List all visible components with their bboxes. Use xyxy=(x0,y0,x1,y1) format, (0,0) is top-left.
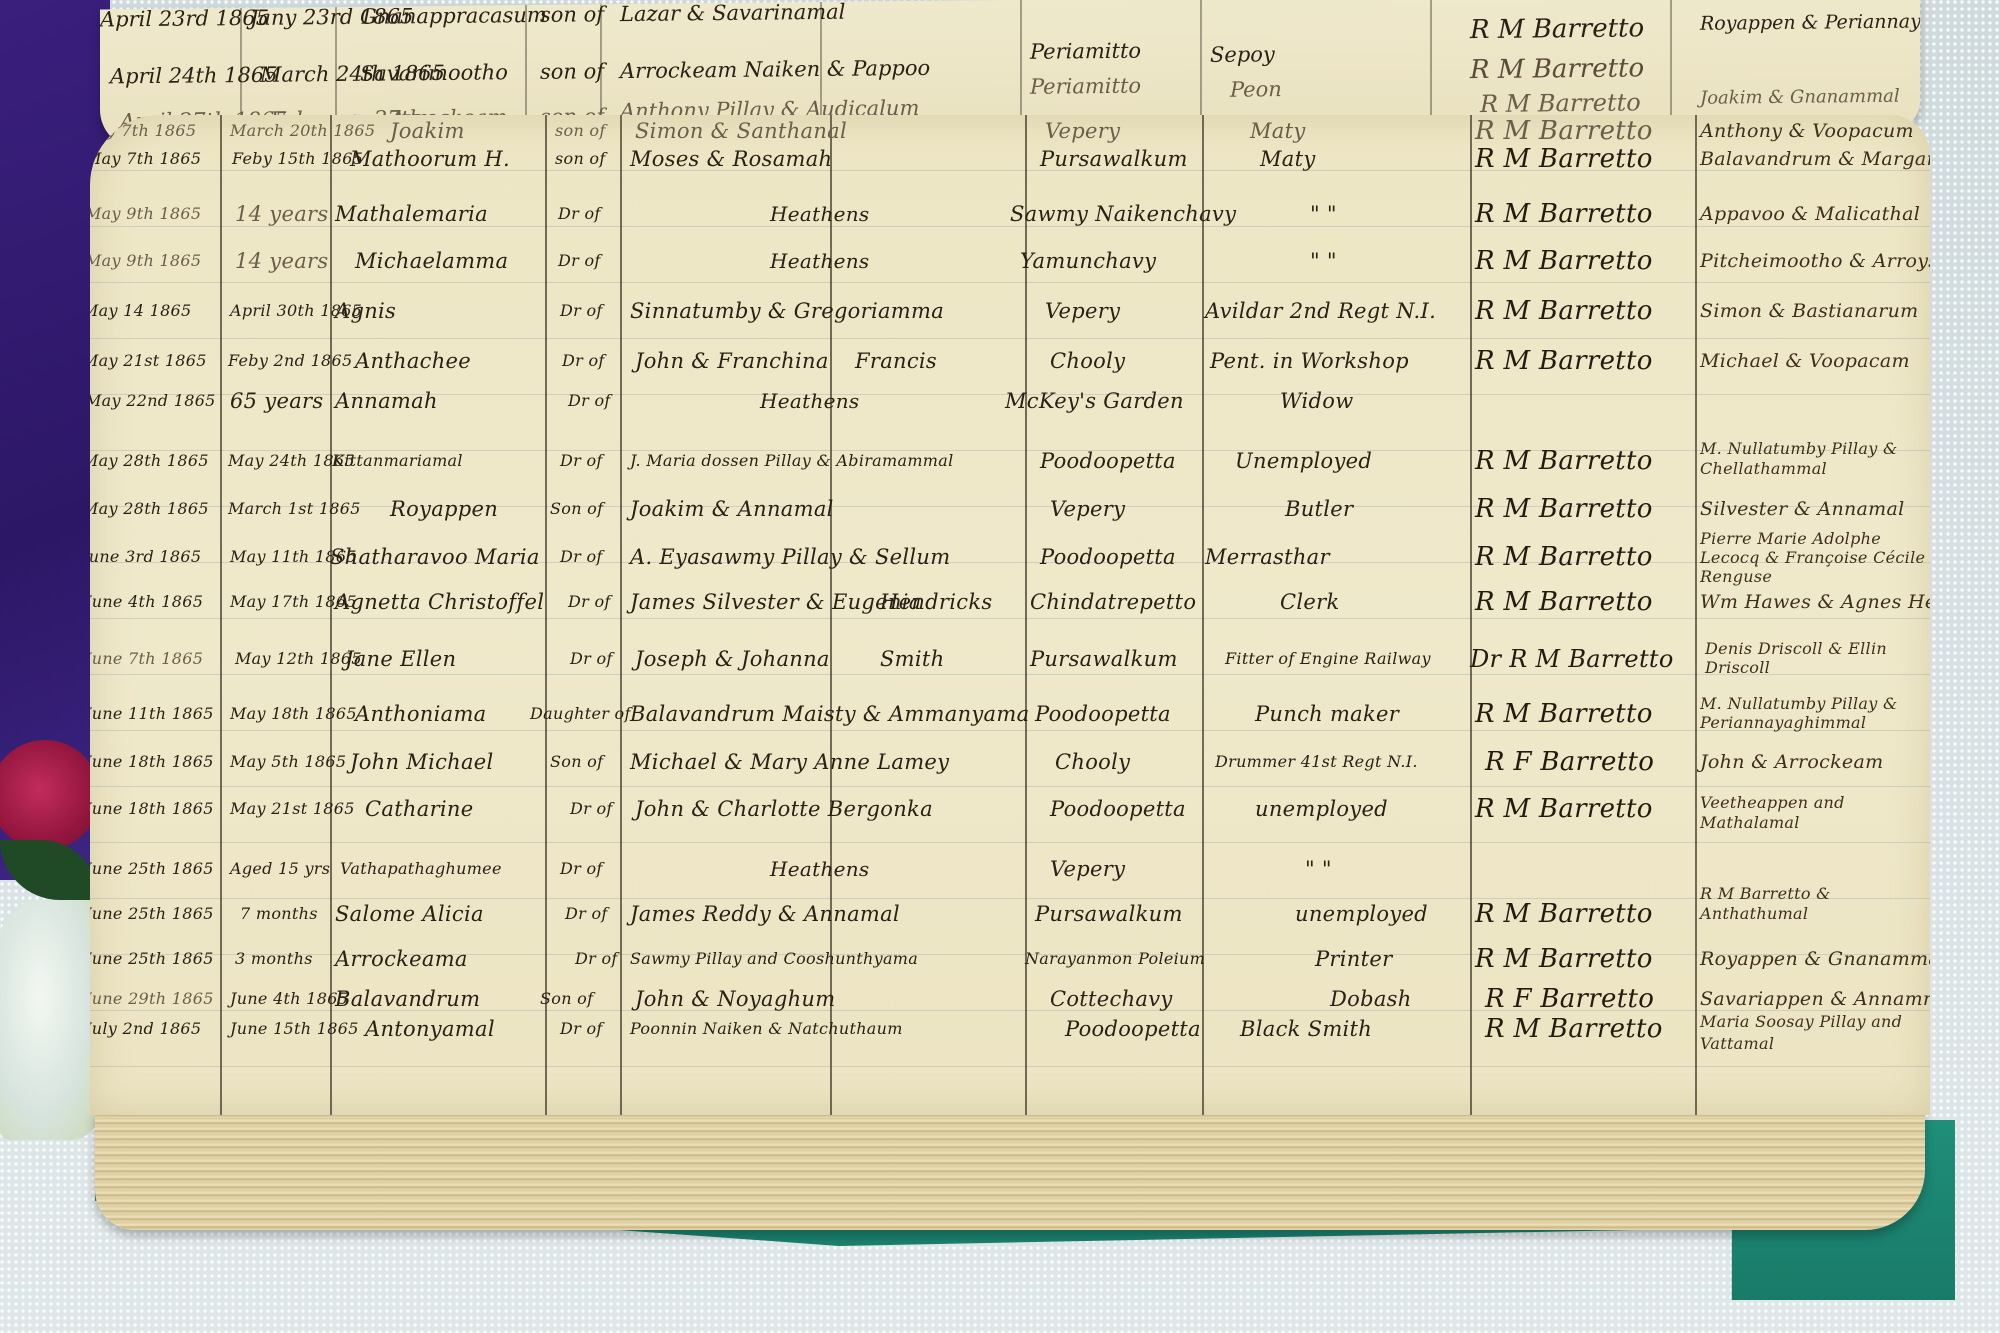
minister: R M Barretto xyxy=(1485,1005,1663,1053)
parents-surname: Hendricks xyxy=(880,578,992,626)
sponsors: M. Nullatumby Pillay & Chellathammal xyxy=(1700,439,1930,479)
relation: Dr of xyxy=(560,287,603,335)
occupation: Maty xyxy=(1260,135,1316,183)
residence: Pursawalkum xyxy=(1030,635,1178,683)
register-row: June 18th 1865 May 21st 1865 Catharine D… xyxy=(90,785,1930,833)
residence: Chindatrepetto xyxy=(1030,578,1196,626)
minister: R M Barretto xyxy=(1480,88,1641,118)
baptism-date: May 9th 1865 xyxy=(90,237,201,285)
register-row: May 28th 1865 May 24th 1865 Kittanmariam… xyxy=(90,437,1930,485)
birth-date: May 18th 1865 xyxy=(230,690,357,738)
relation: son of xyxy=(555,135,606,183)
occupation: Punch maker xyxy=(1255,690,1399,738)
minister: R M Barretto xyxy=(1475,690,1653,738)
sponsors: John & Arrockeam xyxy=(1700,738,1883,786)
child-name: Savarimootho xyxy=(360,60,508,86)
baptism-date: June 11th 1865 xyxy=(90,690,214,738)
minister: R M Barretto xyxy=(1475,287,1653,335)
relation: son of xyxy=(540,2,604,27)
birth-date: June 15th 1865 xyxy=(230,1005,359,1053)
register-row: May 14 1865 April 30th 1865 Agnis Dr of … xyxy=(90,287,1930,335)
birth-date: May 21st 1865 xyxy=(230,785,355,833)
child-name: Antonyamal xyxy=(365,1005,495,1053)
parents: Heathens xyxy=(770,845,870,893)
baptism-date: April 24th 1865 xyxy=(110,63,278,89)
minister: R M Barretto xyxy=(1475,533,1653,581)
child-name: Catharine xyxy=(365,785,473,833)
relation: Dr of xyxy=(568,578,611,626)
relation: Dr of xyxy=(558,190,601,238)
baptism-date: May 14 1865 xyxy=(90,287,192,335)
relation: Dr of xyxy=(565,890,608,938)
child-name: John Michael xyxy=(350,738,494,786)
sponsors: Wm Hawes & Agnes Hendricks xyxy=(1700,578,1930,626)
parents: J. Maria dossen Pillay & Abiramammal xyxy=(630,437,954,485)
residence: Chooly xyxy=(1055,738,1130,786)
child-name: Mathoorum H. xyxy=(350,135,510,183)
birth-date: 7 months xyxy=(240,890,318,938)
child-name: Michaelamma xyxy=(355,237,508,285)
birth-date: 65 years xyxy=(230,377,323,425)
minister: R M Barretto xyxy=(1475,890,1653,938)
minister: R M Barretto xyxy=(1475,578,1653,626)
baptism-date: May 28th 1865 xyxy=(90,485,209,533)
baptism-date: June 7th 1865 xyxy=(90,635,203,683)
occupation: " " xyxy=(1310,190,1337,238)
parents: Balavandrum Maisty & Ammanyama xyxy=(630,690,1029,738)
baptism-date: June 18th 1865 xyxy=(90,785,214,833)
child-name: Kittanmariamal xyxy=(332,437,463,485)
sponsors: Pitcheimootho & Arroysam xyxy=(1700,237,1930,285)
residence: Poodoopetta xyxy=(1040,437,1176,485)
sponsors: Denis Driscoll & Ellin Driscoll xyxy=(1705,639,1925,677)
child-name: Agnetta Christoffel xyxy=(335,578,544,626)
parents: Heathens xyxy=(770,237,870,285)
baptism-date: June 25th 1865 xyxy=(90,890,214,938)
child-name: Gnanappracasum xyxy=(360,3,547,29)
residence: Poodoopetta xyxy=(1035,690,1171,738)
child-name: Shatharavoo Maria xyxy=(330,533,540,581)
relation: Son of xyxy=(550,738,603,786)
register-row: May 22nd 1865 65 years Annamah Dr of Hea… xyxy=(90,377,1930,425)
relation: Son of xyxy=(550,485,603,533)
baptism-date: May 22nd 1865 xyxy=(90,377,216,425)
parents: Lazar & Savarinamal xyxy=(620,0,845,26)
register-row: June 7th 1865 May 12th 1865 Jane Ellen D… xyxy=(90,635,1930,683)
parents: Heathens xyxy=(770,190,870,238)
occupation: Black Smith xyxy=(1240,1005,1372,1053)
child-name: Vathapathaghumee xyxy=(340,845,502,893)
child-name: Agnis xyxy=(335,287,396,335)
birth-date: March 1st 1865 xyxy=(228,485,361,533)
relation: Dr of xyxy=(570,635,613,683)
child-name: Mathalemaria xyxy=(335,190,488,238)
baptism-date: July 2nd 1865 xyxy=(90,1005,201,1053)
register-row: June 11th 1865 May 18th 1865 Anthoniama … xyxy=(90,690,1930,738)
child-name: Anthoniama xyxy=(355,690,487,738)
parents: James Reddy & Annamal xyxy=(630,890,900,938)
birth-date: Aged 15 yrs xyxy=(230,845,330,893)
relation: Dr of xyxy=(558,237,601,285)
sponsors: Silvester & Annamal xyxy=(1700,485,1905,533)
occupation: Butler xyxy=(1285,485,1353,533)
occupation: unemployed xyxy=(1255,785,1388,833)
residence: Poodoopetta xyxy=(1040,533,1176,581)
residence: Vepery xyxy=(1050,845,1125,893)
residence: Yamunchavy xyxy=(1020,237,1156,285)
residence: Poodoopetta xyxy=(1050,785,1186,833)
minister: R M Barretto xyxy=(1470,13,1644,45)
occupation: " " xyxy=(1305,845,1332,893)
residence: Vepery xyxy=(1045,287,1120,335)
baptism-date: June 18th 1865 xyxy=(90,738,214,786)
residence: Poodoopetta xyxy=(1065,1005,1201,1053)
parents: A. Eyasawmy Pillay & Sellum xyxy=(630,533,950,581)
parents: James Silvester & Eugenia xyxy=(630,578,922,626)
relation: Dr of xyxy=(570,785,613,833)
residence: Pursawalkum xyxy=(1040,135,1188,183)
relation: Dr of xyxy=(560,533,603,581)
register-row: June 25th 1865 7 months Salome Alicia Dr… xyxy=(90,890,1930,938)
minister: R F Barretto xyxy=(1485,738,1654,786)
sponsors: Joakim & Gnanammal xyxy=(1700,86,1900,109)
baptism-date: June 25th 1865 xyxy=(90,845,214,893)
relation: Daughter of xyxy=(530,690,631,738)
parents-surname: Smith xyxy=(880,635,944,683)
register-row: June 4th 1865 May 17th 1865 Agnetta Chri… xyxy=(90,578,1930,626)
relation: Dr of xyxy=(560,437,603,485)
occupation: Avildar 2nd Regt N.I. xyxy=(1205,287,1436,335)
occupation: Peon xyxy=(1230,77,1282,102)
sponsors: R M Barretto & Anthathumal xyxy=(1700,884,1930,924)
parents: Michael & Mary Anne Lamey xyxy=(630,738,949,786)
parents: Heathens xyxy=(760,377,860,425)
birth-date: May 5th 1865 xyxy=(230,738,346,786)
occupation: " " xyxy=(1310,237,1337,285)
baptism-date: June 3rd 1865 xyxy=(90,533,201,581)
relation: Dr of xyxy=(560,1005,603,1053)
birth-date: May 12th 1865 xyxy=(235,635,362,683)
occupation: Fitter of Engine Railway xyxy=(1225,635,1431,683)
register-row: May 7th 1865 Feby 15th 1865 Mathoorum H.… xyxy=(90,135,1930,183)
residence: Vepery xyxy=(1050,485,1125,533)
sponsors: Balavandrum & Margarratha xyxy=(1700,135,1930,183)
parents: Sinnatumby & Gregoriamma xyxy=(630,287,944,335)
register-row: June 3rd 1865 May 11th 1865 Shatharavoo … xyxy=(90,533,1930,581)
child-name: Jane Ellen xyxy=(345,635,456,683)
parents: Arrockeam Naiken & Pappoo xyxy=(620,56,930,83)
register-row: May 28th 1865 March 1st 1865 Royappen So… xyxy=(90,485,1930,533)
parents: Moses & Rosamah xyxy=(630,135,832,183)
residence: Sawmy Naikenchavy xyxy=(1010,190,1236,238)
parents: John & Charlotte Bergonka xyxy=(635,785,933,833)
residence: Periamitto xyxy=(1030,39,1141,64)
sponsors: Simon & Bastianarum xyxy=(1700,287,1918,335)
occupation: Sepoy xyxy=(1210,42,1275,67)
minister: R M Barretto xyxy=(1475,437,1653,485)
minister: R M Barretto xyxy=(1470,53,1644,85)
minister: Dr R M Barretto xyxy=(1470,635,1674,683)
register-row: June 18th 1865 May 5th 1865 John Michael… xyxy=(90,738,1930,786)
sponsors: Maria Soosay Pillay and Vattamal xyxy=(1700,1011,1920,1055)
baptism-date: April 23rd 1865 xyxy=(100,6,269,32)
parents: Joseph & Johanna xyxy=(635,635,830,683)
page-stack-edges xyxy=(95,1110,1925,1230)
occupation: Unemployed xyxy=(1235,437,1372,485)
occupation: Drummer 41st Regt N.I. xyxy=(1215,738,1418,786)
child-name: Annamah xyxy=(335,377,438,425)
occupation: unemployed xyxy=(1295,890,1428,938)
register-row: June 25th 1865 Aged 15 yrs Vathapathaghu… xyxy=(90,845,1930,893)
occupation: Merrasthar xyxy=(1205,533,1330,581)
sponsors: M. Nullatumby Pillay & Periannayaghimmal xyxy=(1700,694,1930,732)
baptism-date: June 4th 1865 xyxy=(90,578,203,626)
sponsors: Veetheappen and Mathalamal xyxy=(1700,793,1930,833)
occupation: Clerk xyxy=(1280,578,1339,626)
parents: Joakim & Annamal xyxy=(630,485,834,533)
baptism-date: May 9th 1865 xyxy=(90,190,201,238)
birth-date: Feby 15th 1865 xyxy=(232,135,363,183)
baptism-date: May 7th 1865 xyxy=(90,135,201,183)
minister: R M Barretto xyxy=(1475,190,1653,238)
sponsors: Appavoo & Malicathal xyxy=(1700,190,1920,238)
child-name: Salome Alicia xyxy=(335,890,484,938)
minister: R M Barretto xyxy=(1475,237,1653,285)
minister: R M Barretto xyxy=(1475,485,1653,533)
register-row: May 9th 1865 14 years Mathalemaria Dr of… xyxy=(90,190,1930,238)
lily-decoration xyxy=(0,900,100,1140)
register-page: May 7th 1865 March 20th 1865 Joakim son … xyxy=(90,115,1930,1115)
sponsors: Royappen & Periannay xyxy=(1700,10,1920,34)
occupation: Widow xyxy=(1280,377,1354,425)
residence: Periamitto xyxy=(1030,74,1141,99)
residence: Pursawalkum xyxy=(1035,890,1183,938)
register-row: July 2nd 1865 June 15th 1865 Antonyamal … xyxy=(90,1005,1930,1053)
relation: Dr of xyxy=(568,377,611,425)
relation: son of xyxy=(540,59,604,84)
minister: R M Barretto xyxy=(1475,135,1653,183)
birth-date: 14 years xyxy=(235,237,328,285)
birth-date: 14 years xyxy=(235,190,328,238)
residence: McKey's Garden xyxy=(1005,377,1184,425)
register-row: May 9th 1865 14 years Michaelamma Dr of … xyxy=(90,237,1930,285)
relation: Dr of xyxy=(560,845,603,893)
minister: R M Barretto xyxy=(1475,785,1653,833)
baptism-date: May 28th 1865 xyxy=(90,437,209,485)
parents: Poonnin Naiken & Natchuthaum xyxy=(630,1005,903,1053)
child-name: Royappen xyxy=(390,485,498,533)
